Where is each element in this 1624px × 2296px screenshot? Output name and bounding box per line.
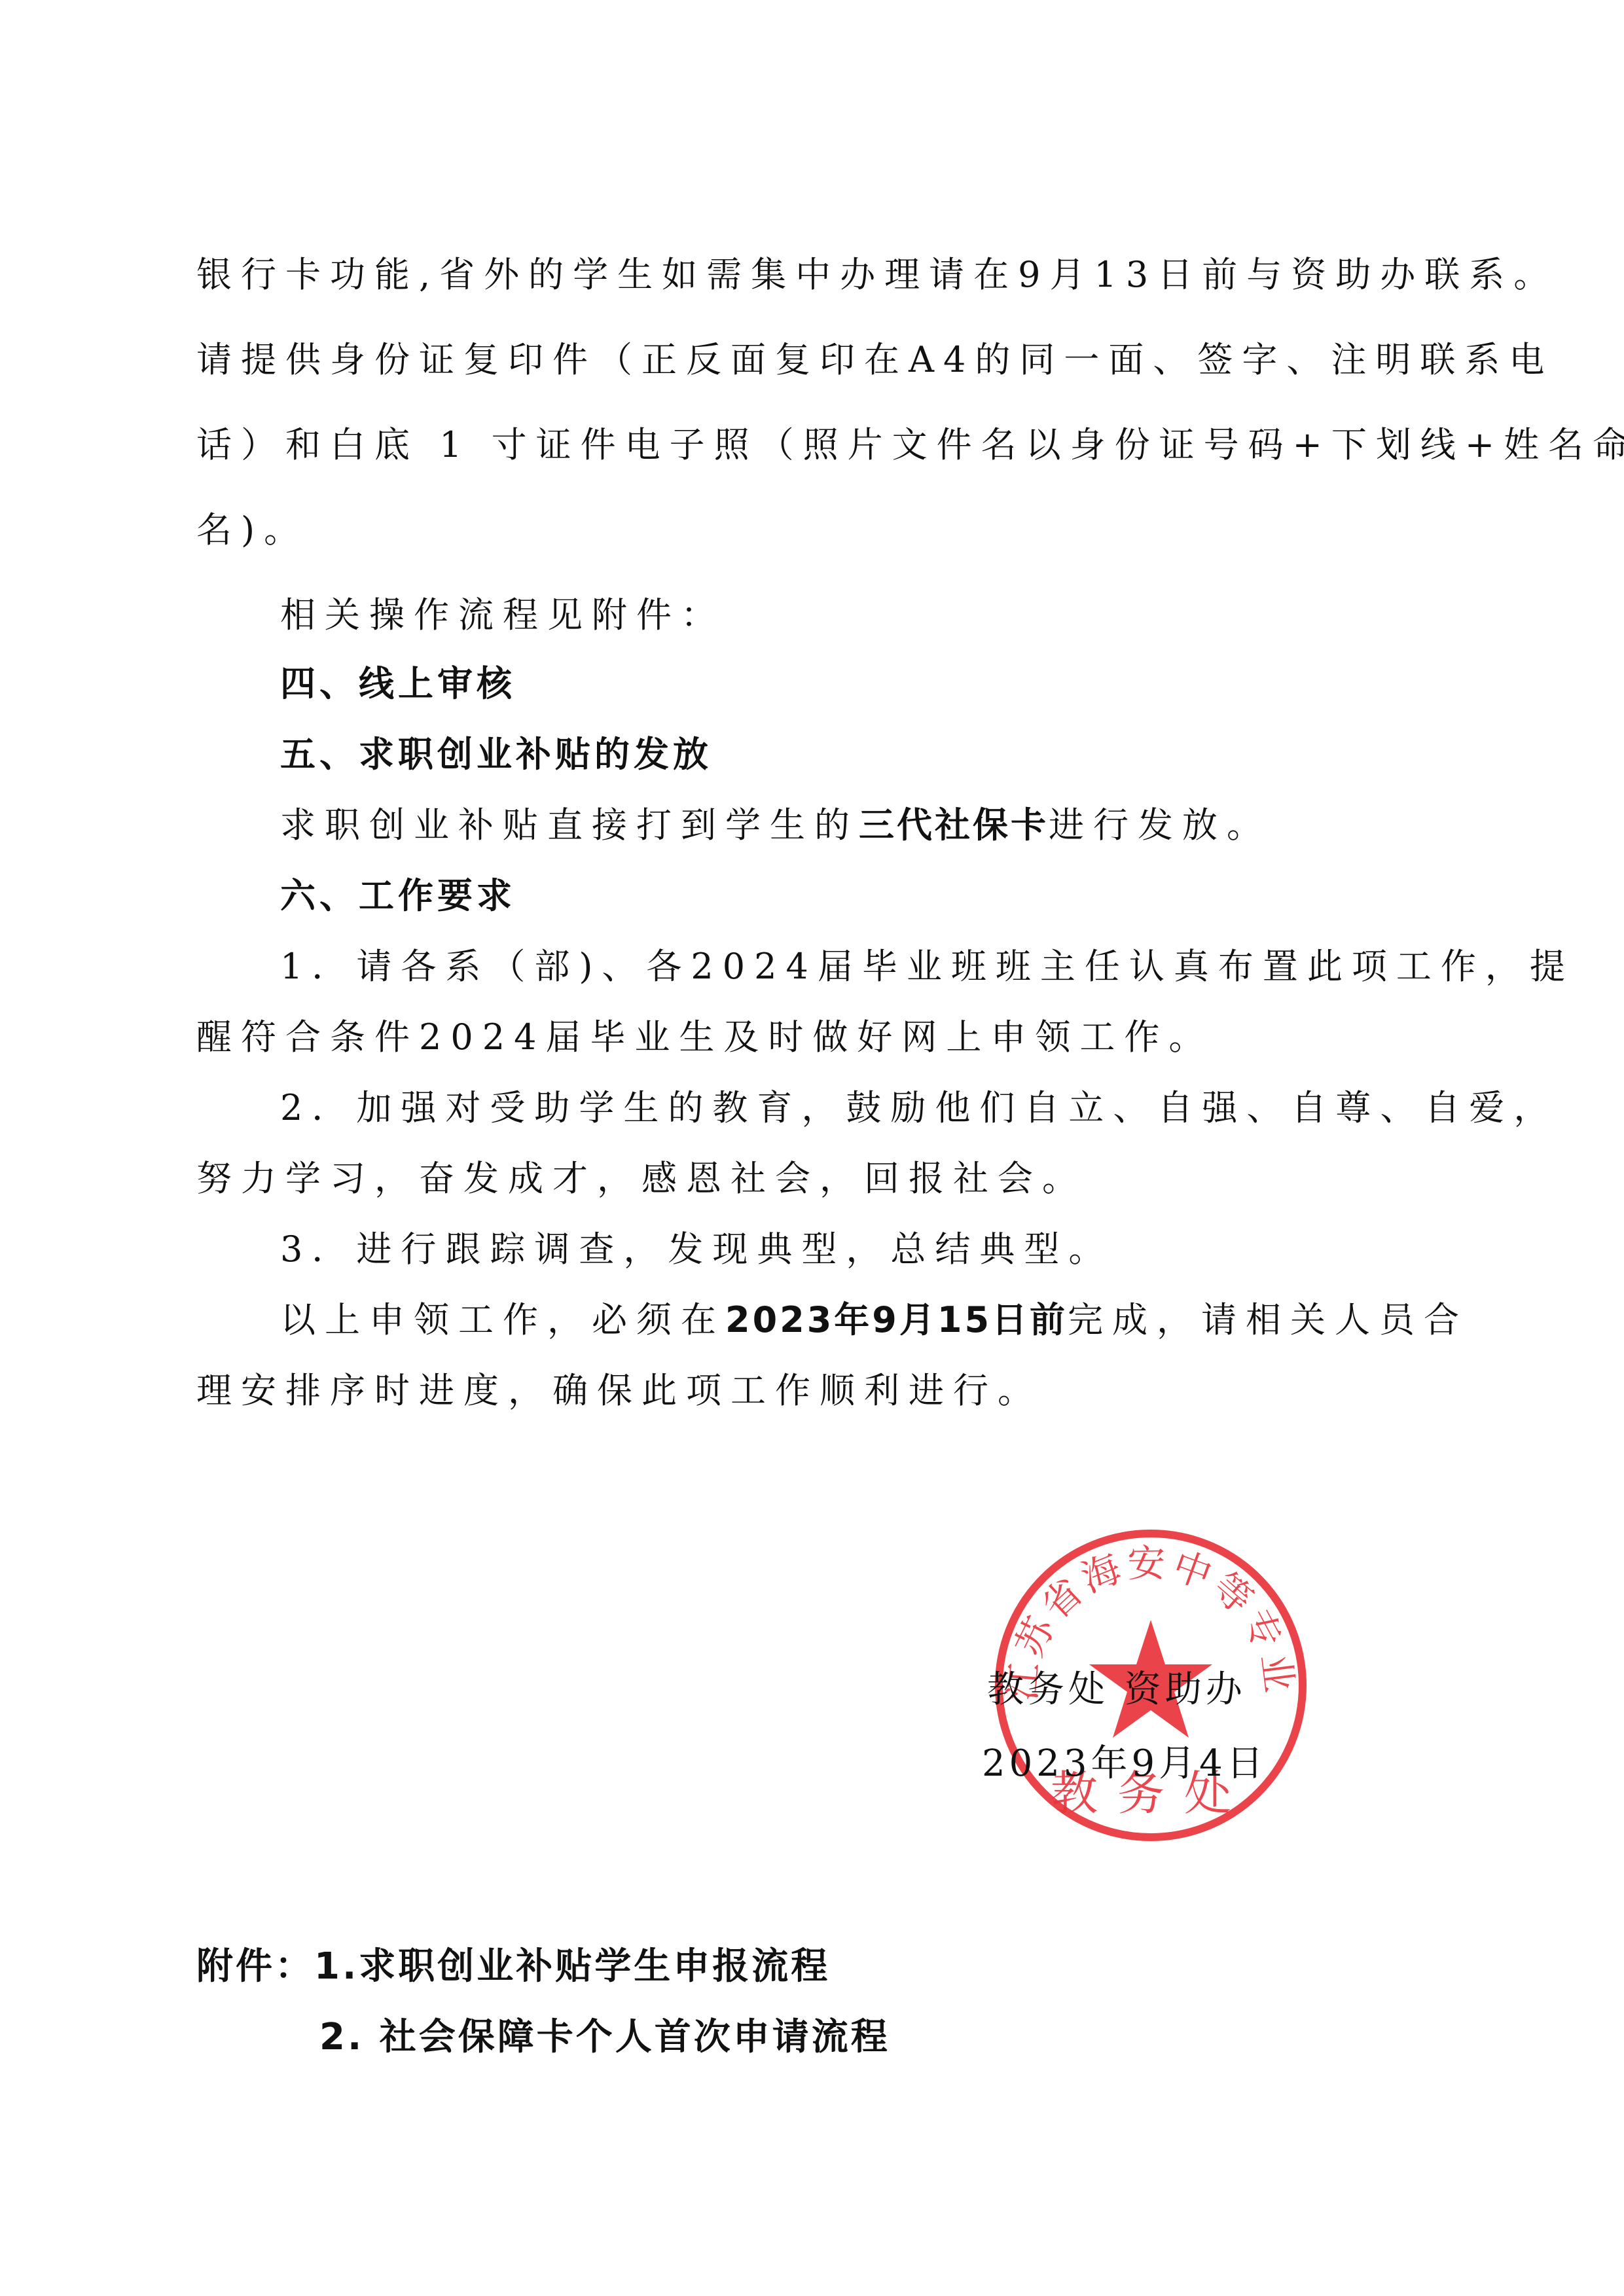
closing-paragraph: 以上申领工作，必须在2023年9月15日前完成，请相关人员合	[280, 1297, 1468, 1343]
text: 以上申领工作，必须在	[280, 1299, 725, 1340]
attachment-line-1: 附件：1.求职创业补贴学生申报流程	[196, 1937, 830, 1990]
signing-departments: 教务处 资助办	[987, 1660, 1246, 1713]
signing-date: 2023年9月4日	[982, 1734, 1267, 1787]
text: 完成，请相关人员合	[1068, 1299, 1468, 1340]
closing-paragraph-cont: 理安排序时进度，确保此项工作顺利进行。	[196, 1368, 1042, 1414]
deadline: 2023年9月15日前	[725, 1299, 1068, 1340]
paragraph-line: 名)。	[196, 507, 308, 553]
section-heading-4: 四、线上审核	[280, 661, 516, 707]
attachment-item: 2. 社会保障卡个人首次申请流程	[319, 2008, 890, 2060]
payout-paragraph: 求职创业补贴直接打到学生的三代社保卡进行发放。	[280, 802, 1271, 848]
attachment-label: 附件：	[196, 1945, 314, 1988]
text: 进行发放。	[1049, 804, 1271, 846]
requirement-2: 2．加强对受助学生的教育，鼓励他们自立、自强、自尊、自爱，	[280, 1085, 1558, 1131]
requirement-1: 1．请各系（部)、各2024届毕业班班主任认真布置此项工作，提	[280, 944, 1574, 990]
attachment-item: 1.求职创业补贴学生申报流程	[314, 1945, 830, 1988]
paragraph-line: 请提供身份证复印件（正反面复印在A4的同一面、签字、注明联系电	[196, 337, 1553, 383]
emphasis: 三代社保卡	[859, 804, 1049, 846]
paragraph-line: 话）和白底 1 寸证件电子照（照片文件名以身份证号码+下划线+姓名命	[196, 422, 1624, 468]
requirement-2-cont: 努力学习，奋发成才，感恩社会，回报社会。	[196, 1156, 1087, 1202]
procedure-note: 相关操作流程见附件：	[280, 592, 725, 638]
section-heading-5: 五、求职创业补贴的发放	[280, 732, 712, 778]
requirement-3: 3．进行跟踪调查，发现典型，总结典型。	[280, 1227, 1113, 1272]
paragraph-line: 银行卡功能,省外的学生如需集中办理请在9月13日前与资助办联系。	[196, 252, 1558, 298]
section-heading-6: 六、工作要求	[280, 873, 516, 919]
text: 求职创业补贴直接打到学生的	[280, 804, 859, 846]
requirement-1-cont: 醒符合条件2024届毕业生及时做好网上申领工作。	[196, 1014, 1213, 1060]
